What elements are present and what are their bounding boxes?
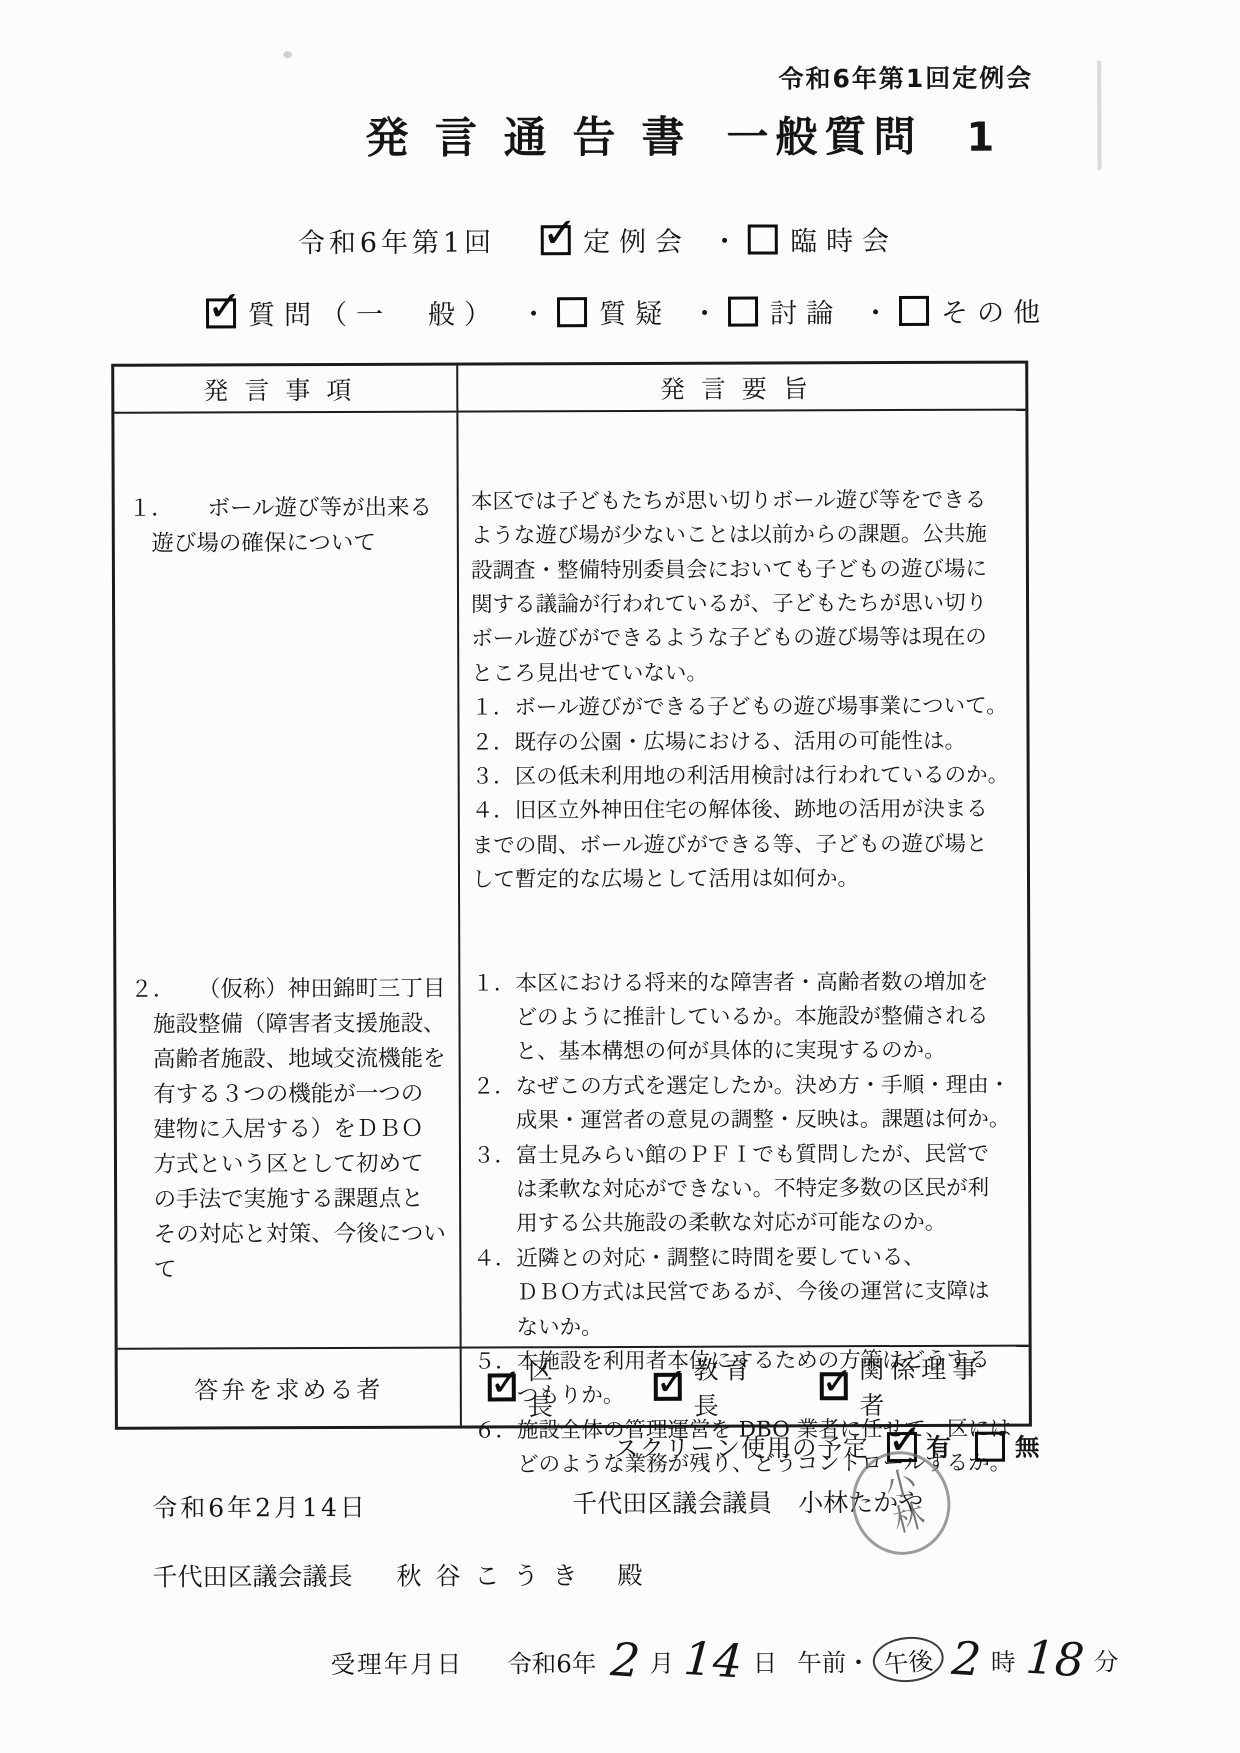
receipt-month-unit: 月: [650, 1645, 675, 1680]
separator-dot: ・: [520, 292, 547, 331]
label-extraordinary-session: 臨時会: [790, 219, 898, 258]
receipt-hour-unit: 時: [991, 1644, 1016, 1679]
screen-use-label: スクリーン使用の予定: [614, 1429, 869, 1465]
item-2-title: ２． （仮称）神田錦町三丁目 施設整備（障害者支援施設、 高齢者施設、地域交流機…: [130, 972, 449, 1288]
respondents-label: 答弁を求める者: [118, 1349, 462, 1427]
label-superintendent: 教育長: [693, 1350, 777, 1422]
table-body-row: １． ボール遊び等が出来る 遊び場の確保について ２． （仮称）神田錦町三丁目 …: [114, 411, 1028, 1350]
scanned-document-page: 令和6年第1回定例会 発言通告書 一般質問 1 令和6年第1回 ✓ 定例会 ・ …: [0, 0, 1240, 1753]
label-other: その他: [941, 290, 1049, 329]
checkbox-screen-no: [975, 1431, 1005, 1461]
scan-artifact-streak: [1097, 60, 1101, 170]
check-icon: ✓: [490, 1363, 522, 1401]
label-interpellation: 質疑: [599, 292, 671, 331]
respondent-superintendent: ✓ 教育長: [653, 1350, 777, 1422]
checkbox-directors: ✓: [819, 1372, 847, 1400]
separator-dot: ・: [711, 220, 738, 259]
screen-use-line: スクリーン使用の予定 ✓ 有 無: [614, 1429, 1040, 1465]
statement-summary-cell: 本区では子どもたちが思い切りボール遊び等をできる ような遊び場が少ないことは以前…: [458, 411, 1028, 1347]
check-icon: ✓: [542, 212, 577, 254]
respondent-directors: ✓ 関係理事者: [819, 1349, 1001, 1422]
check-icon: ✓: [207, 285, 242, 327]
honorific: 殿: [617, 1556, 644, 1592]
checkbox-mayor: ✓: [488, 1373, 516, 1401]
statement-items-cell: １． ボール遊び等が出来る 遊び場の確保について ２． （仮称）神田錦町三丁目 …: [114, 413, 461, 1348]
receipt-day-handwritten: 14: [683, 1638, 744, 1683]
receipt-minute-unit: 分: [1094, 1643, 1119, 1678]
label-screen-yes: 有: [926, 1429, 951, 1464]
receipt-label: 受理年月日: [331, 1646, 464, 1681]
receipt-pm-circled: 午後: [871, 1634, 946, 1685]
receipt-era: 令和6年: [507, 1645, 596, 1680]
respondent-mayor: ✓ 区 長: [488, 1351, 612, 1423]
label-mayor: 区 長: [528, 1351, 612, 1423]
item-1-title: １． ボール遊び等が出来る 遊び場の確保について: [129, 491, 447, 562]
label-debate: 討論: [770, 291, 842, 330]
type-checkbox-row: ✓ 質問（一 般） ・ 質疑 ・ 討論 ・ その他: [206, 290, 1059, 332]
receipt-am-label: 午前・: [797, 1644, 871, 1679]
member-title: 千代田区議会議員: [572, 1483, 772, 1520]
checkbox-regular-session: ✓: [541, 225, 571, 255]
item-1-summary: 本区では子どもたちが思い切りボール遊び等をできる ような遊び場が少ないことは以前…: [471, 483, 1025, 898]
submission-date: 令和6年2月14日: [152, 1488, 368, 1525]
receipt-month-handwritten: 2: [609, 1639, 641, 1682]
statement-table: 発言事項 発言要旨 １． ボール遊び等が出来る 遊び場の確保について ２． （仮…: [111, 361, 1032, 1430]
respondents-options: ✓ 区 長 ✓ 教育長 ✓ 関係理事者: [462, 1347, 1029, 1426]
session-checkbox-row: 令和6年第1回 ✓ 定例会 ・ 臨時会: [298, 219, 908, 260]
label-question-general: 質問（一 般）: [248, 292, 500, 332]
session-prefix: 令和6年第1回: [298, 220, 495, 260]
chair-name: 秋谷こうき: [396, 1556, 591, 1593]
session-label: 令和6年第1回定例会: [778, 59, 1033, 96]
label-screen-no: 無: [1015, 1429, 1040, 1464]
header-statement-items: 発言事項: [114, 366, 458, 412]
receipt-line: 受理年月日 令和6年 2 月 14 日 午前・ 午後 2 時 18 分: [331, 1634, 1123, 1684]
receipt-minute-handwritten: 18: [1024, 1637, 1085, 1682]
chair-title: 千代田区議会議長: [152, 1557, 352, 1594]
checkbox-interpellation: [557, 297, 587, 327]
title-kind: 一般質問: [726, 104, 922, 165]
receipt-day-unit: 日: [753, 1644, 778, 1679]
checkbox-debate: [728, 296, 758, 326]
checkbox-other: [899, 295, 929, 325]
check-icon: ✓: [821, 1362, 853, 1400]
document-sheet: 令和6年第1回定例会 発言通告書 一般質問 1 令和6年第1回 ✓ 定例会 ・ …: [0, 0, 1240, 1753]
title-number: 1: [966, 115, 994, 161]
separator-dot: ・: [862, 291, 889, 330]
receipt-hour-handwritten: 2: [950, 1638, 982, 1681]
scan-artifact-dot: [283, 51, 292, 58]
separator-dot: ・: [691, 292, 718, 331]
chair-line: 千代田区議会議長 秋谷こうき 殿: [152, 1556, 644, 1594]
checkbox-extraordinary-session: [748, 224, 778, 254]
title-row: 発言通告書 一般質問 1: [365, 103, 994, 166]
label-directors: 関係理事者: [859, 1349, 1001, 1421]
label-regular-session: 定例会: [583, 220, 691, 259]
document-title: 発言通告書: [365, 104, 710, 166]
checkbox-question-general: ✓: [206, 298, 236, 328]
table-header-row: 発言事項 発言要旨: [114, 364, 1025, 414]
checkbox-superintendent: ✓: [653, 1372, 681, 1400]
header-statement-summary: 発言要旨: [458, 364, 1025, 411]
check-icon: ✓: [655, 1362, 687, 1400]
stamp-text: 小林: [877, 1465, 926, 1541]
